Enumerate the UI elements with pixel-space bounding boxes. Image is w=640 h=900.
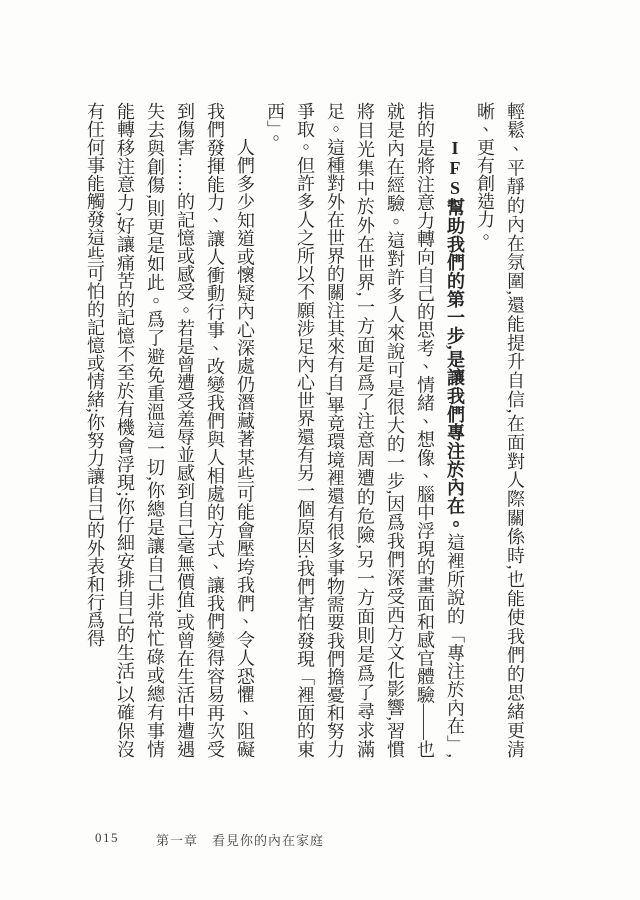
page-footer: 015 第一章 看見你的內在家庭 xyxy=(0,830,640,850)
body-paragraph-2: IFS幫助我們的第一步,是讓我們專注於內在。這裡所說的「專注於內在」,指的是將注… xyxy=(260,102,470,758)
body-paragraph-1: 輕鬆、平靜的內在氛圍,還能提升自信,在面對人際關係時,也能使我們的思緒更清晰、更… xyxy=(470,102,530,758)
book-page: 輕鬆、平靜的內在氛圍,還能提升自信,在面對人際關係時,也能使我們的思緒更清晰、更… xyxy=(0,0,640,900)
paragraph-2-text: 這裡所說的「專注於內在」,指的是將注意力轉向自己的思考、情緒、想像、腦中浮現的畫… xyxy=(265,102,465,758)
page-number: 015 xyxy=(95,830,119,846)
bold-lead-sentence: 幫助我們的第一步,是讓我們專注於內在。 xyxy=(445,198,465,533)
body-text: 輕鬆、平靜的內在氛圍,還能提升自信,在面對人際關係時,也能使我們的思緒更清晰、更… xyxy=(78,102,530,758)
body-paragraph-3: 人們多少知道或懷疑內心深處仍潛藏著某些可能會壓垮我們、令人恐懼、阻礙我們發揮能力… xyxy=(80,102,260,758)
chapter-title: 第一章 看見你的內在家庭 xyxy=(156,830,324,849)
ifs-acronym: IFS xyxy=(445,138,465,198)
